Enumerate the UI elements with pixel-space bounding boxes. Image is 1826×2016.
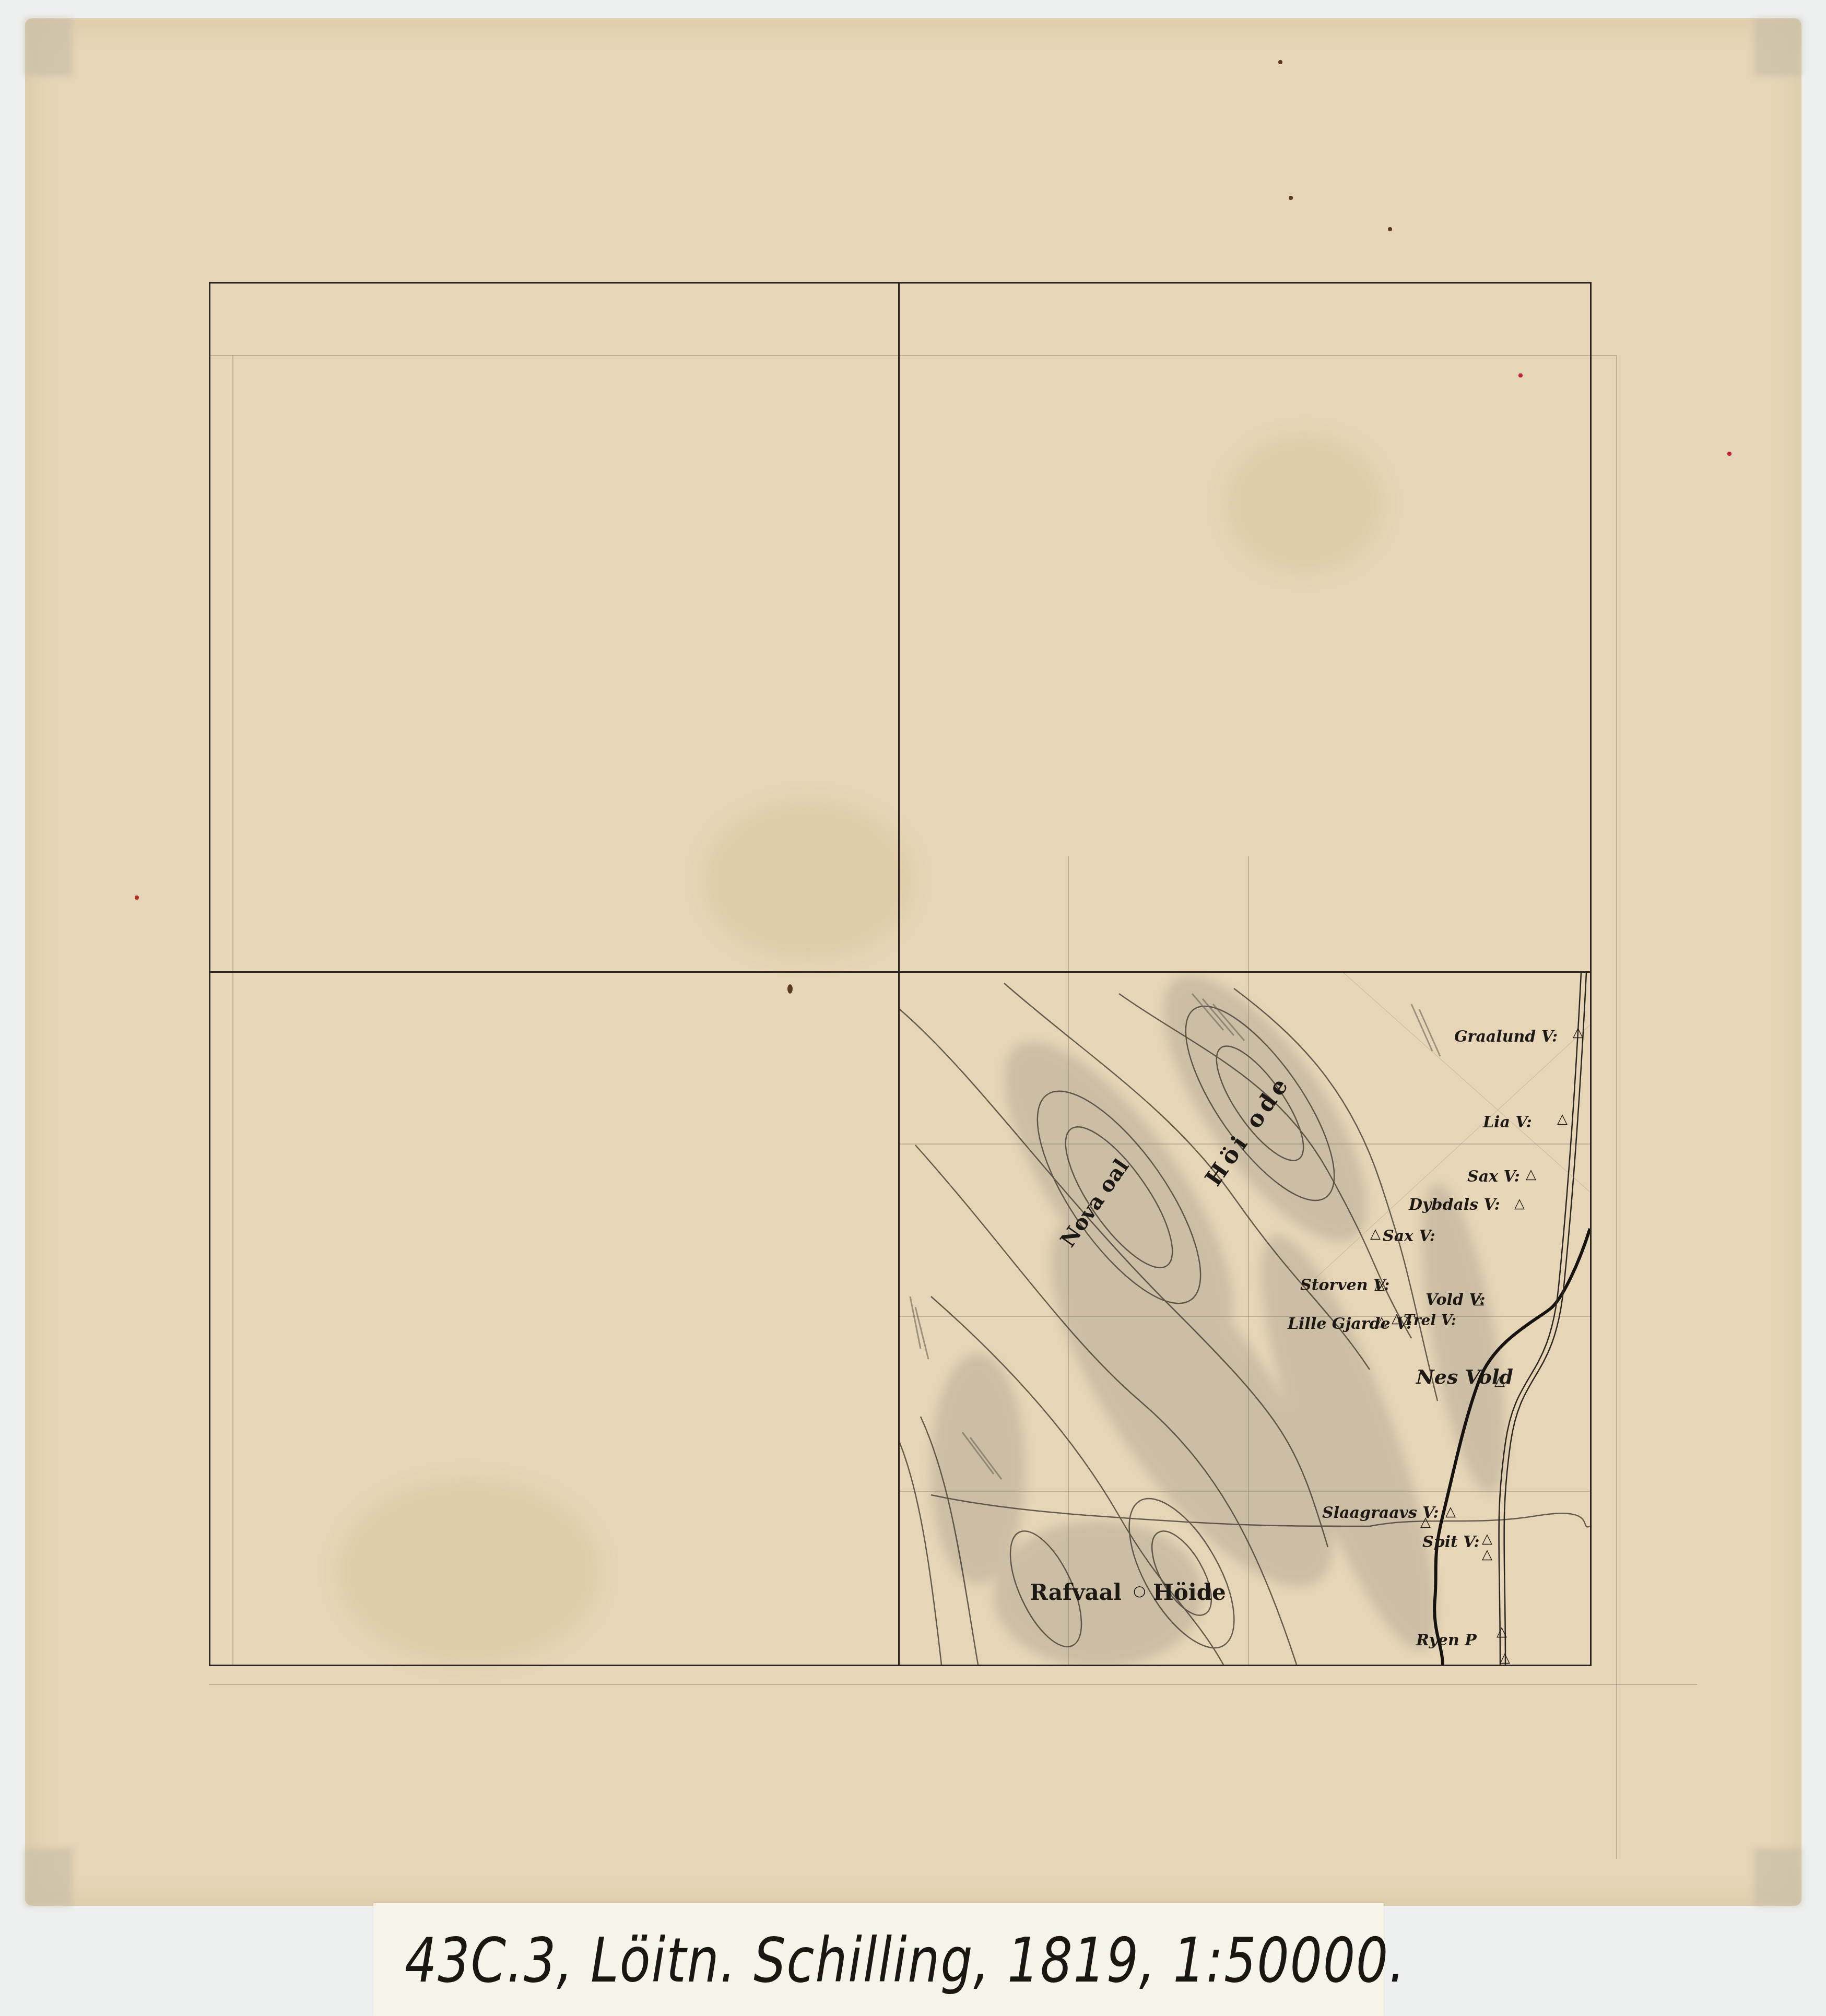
caption-strip: 43C.3, Löitn. Schilling, 1819, 1:50000.: [373, 1903, 1384, 2016]
corner-wear: [1754, 18, 1801, 76]
place-label-trel: Trel V:: [1404, 1312, 1456, 1329]
triangle-marker-icon: △: [1376, 1314, 1387, 1329]
place-label-dybdals: Dybdals V:: [1409, 1196, 1500, 1214]
ink-speck: [1278, 60, 1282, 64]
corner-wear: [25, 1848, 72, 1906]
triangle-marker-icon: △: [1497, 1624, 1507, 1640]
triangle-marker-icon: △: [1370, 1226, 1381, 1242]
triangle-marker-icon: △: [1526, 1166, 1536, 1182]
triangle-marker-icon: △: [1474, 1292, 1484, 1307]
triangle-marker-icon: △: [1374, 1277, 1385, 1293]
place-label-lia: Lia V:: [1483, 1113, 1532, 1131]
triangle-marker-icon: △: [1514, 1196, 1525, 1211]
place-label-sax-2: Sax V:: [1383, 1227, 1435, 1245]
triangle-marker-icon: △: [1573, 1024, 1583, 1040]
place-label-spit: Spit V:: [1422, 1533, 1480, 1551]
place-label-ryen: Ryen P: [1416, 1631, 1477, 1649]
caption-text: 43C.3, Löitn. Schilling, 1819, 1:50000.: [405, 1924, 1406, 1996]
triangle-marker-icon: △: [1557, 1111, 1568, 1127]
ink-speck: [1388, 227, 1392, 231]
triangle-marker-icon: △: [1420, 1514, 1431, 1530]
ink-speck: [1289, 196, 1293, 200]
ink-speck: [135, 895, 139, 900]
triangle-marker-icon: △: [1445, 1504, 1456, 1519]
pencil-guide-line: [209, 1684, 1697, 1685]
corner-wear: [25, 18, 72, 76]
place-label-sax: Sax V:: [1467, 1168, 1520, 1186]
triangle-marker-icon: △: [1494, 1373, 1505, 1389]
hill-label-hoide: Höide: [1153, 1579, 1226, 1605]
triangle-marker-icon: △: [1392, 1311, 1402, 1326]
triangle-marker-icon: △: [1500, 1650, 1510, 1666]
hill-label-rafvaal: Rafvaal: [1030, 1579, 1122, 1605]
place-label-graalund: Graalund V:: [1454, 1028, 1558, 1046]
pencil-guide-line: [1616, 355, 1617, 1859]
triangle-marker-icon: △: [1482, 1547, 1492, 1562]
triangle-marker-icon: △: [1482, 1531, 1492, 1547]
ink-speck: [1727, 452, 1731, 456]
corner-wear: [1754, 1848, 1801, 1906]
summit-circle-icon: ○: [1133, 1582, 1146, 1599]
